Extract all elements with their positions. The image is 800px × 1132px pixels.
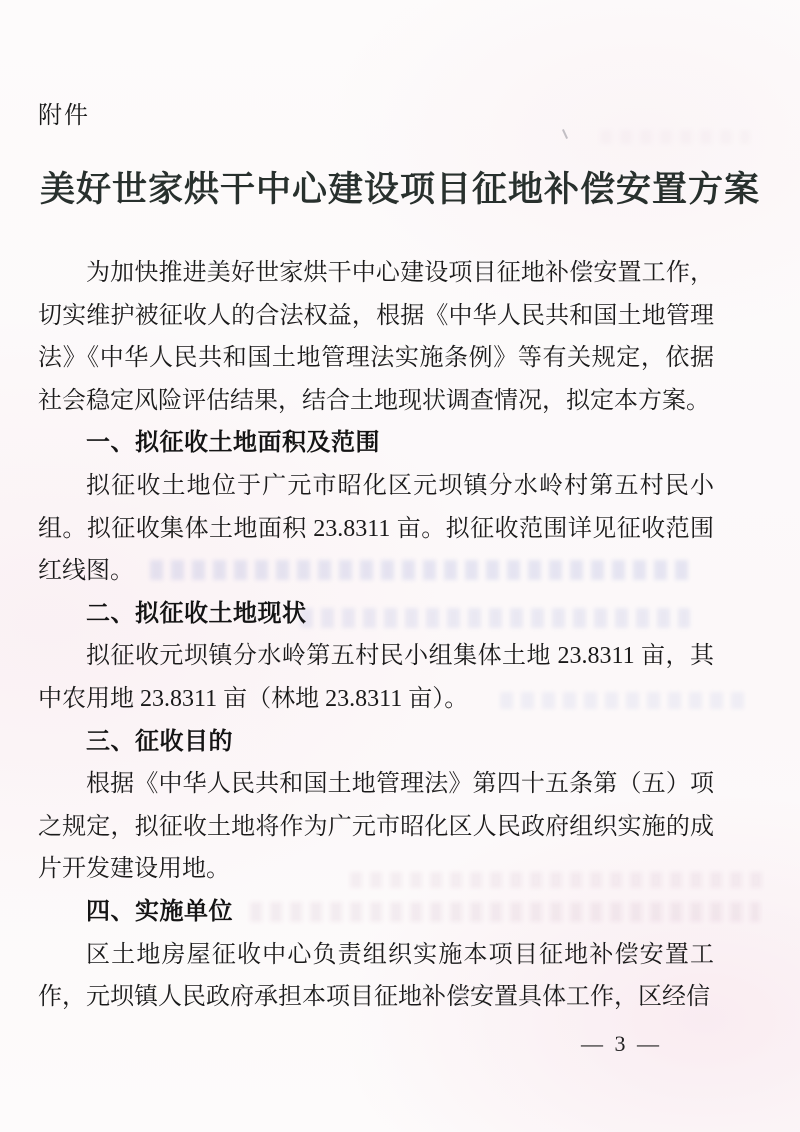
intro-paragraph: 为加快推进美好世家烘干中心建设项目征地补偿安置工作，切实维护被征收人的合法权益，… (38, 252, 714, 422)
scanned-document-page: 附件 美好世家烘干中心建设项目征地补偿安置方案 为加快推进美好世家烘干中心建设项… (0, 0, 800, 1132)
document-body: 为加快推进美好世家烘干中心建设项目征地补偿安置工作，切实维护被征收人的合法权益，… (38, 252, 714, 1019)
section-3-heading: 三、征收目的 (38, 721, 714, 764)
section-3-paragraph: 根据《中华人民共和国土地管理法》第四十五条第（五）项之规定，拟征收土地将作为广元… (38, 763, 714, 891)
page-number: — 3 — (581, 1031, 662, 1057)
scan-speck (562, 129, 568, 139)
section-4-paragraph: 区土地房屋征收中心负责组织实施本项目征地补偿安置工作，元坝镇人民政府承担本项目征… (38, 934, 714, 1019)
section-1-heading: 一、拟征收土地面积及范围 (38, 422, 714, 465)
section-2-paragraph: 拟征收元坝镇分水岭第五村民小组集体土地 23.8311 亩，其中农用地 23.8… (38, 635, 714, 720)
section-2-heading: 二、拟征收土地现状 (38, 593, 714, 636)
section-4-heading: 四、实施单位 (38, 891, 714, 934)
bleed-through-text (600, 130, 750, 144)
document-title: 美好世家烘干中心建设项目征地补偿安置方案 (20, 162, 780, 212)
attachment-label: 附件 (38, 95, 90, 130)
section-1-paragraph: 拟征收土地位于广元市昭化区元坝镇分水岭村第五村民小组。拟征收集体土地面积 23.… (38, 465, 714, 593)
